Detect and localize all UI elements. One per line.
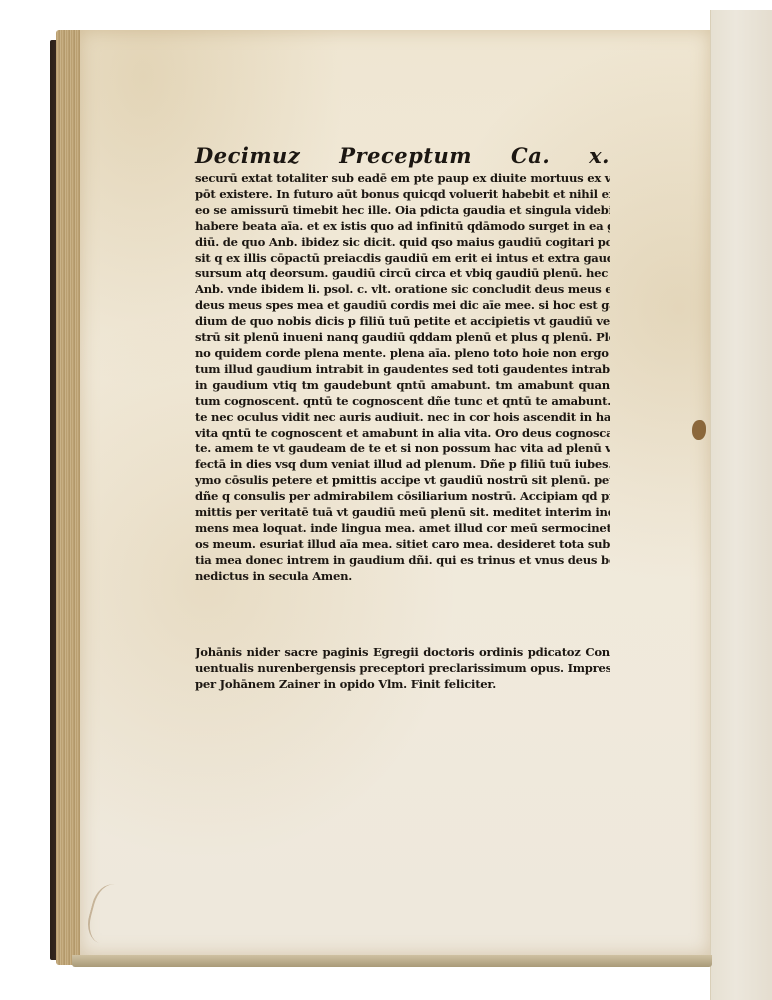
text-line: os meum. esuriat illud aīa mea. sitiet c… <box>195 537 610 553</box>
text-line: pōt existere. In futuro aūt bonus quicqd… <box>195 187 610 203</box>
text-line: Anb. vnde ibidem li. psol. c. vlt. orati… <box>195 282 610 298</box>
text-line: securū extat totaliter sub eadē em pte p… <box>195 171 610 187</box>
text-line: no quidem corde plena mente. plena aīa. … <box>195 346 610 362</box>
ink-stain <box>692 420 706 440</box>
page-block-bottom-edge <box>72 955 712 967</box>
text-line: deus meus spes mea et gaudiū cordis mei … <box>195 298 610 314</box>
text-line: strū sit plenū inueni nanq gaudiū qddam … <box>195 330 610 346</box>
text-line: ymo cōsulis petere et pmittis accipe vt … <box>195 473 610 489</box>
text-line: vita qntū te cognoscent et amabunt in al… <box>195 426 610 442</box>
text-line: diū. de quo Anb. ibidez sic dicit. quid … <box>195 235 610 251</box>
text-line: tum illud gaudium intrabit in gaudentes … <box>195 362 610 378</box>
text-line: sursum atq deorsum. gaudiū circū circa e… <box>195 266 610 282</box>
text-line: fectā in dies vsq dum veniat illud ad pl… <box>195 457 610 473</box>
heading-chapter-number: x. <box>589 143 610 169</box>
text-line: tum cognoscent. qntū te cognoscent dñe t… <box>195 394 610 410</box>
text-line: nedictus in secula Amen. <box>195 569 610 585</box>
heading-center: Preceptum <box>339 143 472 169</box>
facing-page <box>710 10 772 1000</box>
colophon-line: per Johānem Zainer in opido Vlm. Finit f… <box>195 677 610 693</box>
running-heading: Decimuz Preceptum Ca. x. <box>195 143 610 169</box>
text-line: in gaudium vtiq tm gaudebunt qntū amabun… <box>195 378 610 394</box>
colophon-line: Johānis nider sacre paginis Egregii doct… <box>195 645 610 661</box>
text-line: habere beata aīa. et ex istis quo ad inf… <box>195 219 610 235</box>
text-line: dñe q consulis per admirabilem cōsiliari… <box>195 489 610 505</box>
heading-left: Decimuz <box>195 143 300 169</box>
text-line: sit q ex illis cōpactū preiacdis gaudiū … <box>195 251 610 267</box>
text-line: te. amem te vt gaudeam de te et si non p… <box>195 441 610 457</box>
colophon: Johānis nider sacre paginis Egregii doct… <box>195 645 610 693</box>
text-line: tia mea donec intrem in gaudium dñi. qui… <box>195 553 610 569</box>
colophon-line: uentualis nurenbergensis preceptori prec… <box>195 661 610 677</box>
body-text: securū extat totaliter sub eadē em pte p… <box>195 171 610 585</box>
main-text-block: Decimuz Preceptum Ca. x. securū extat to… <box>195 143 610 585</box>
heading-chapter-label: Ca. <box>511 143 550 169</box>
text-line: mens mea loquat. inde lingua mea. amet i… <box>195 521 610 537</box>
text-line: eo se amissurū timebit hec ille. Oia pdi… <box>195 203 610 219</box>
text-line: mittis per veritatē tuā vt gaudiū meū pl… <box>195 505 610 521</box>
text-line: dium de quo nobis dicis p filiū tuū peti… <box>195 314 610 330</box>
text-line: te nec oculus vidit nec auris audiuit. n… <box>195 410 610 426</box>
